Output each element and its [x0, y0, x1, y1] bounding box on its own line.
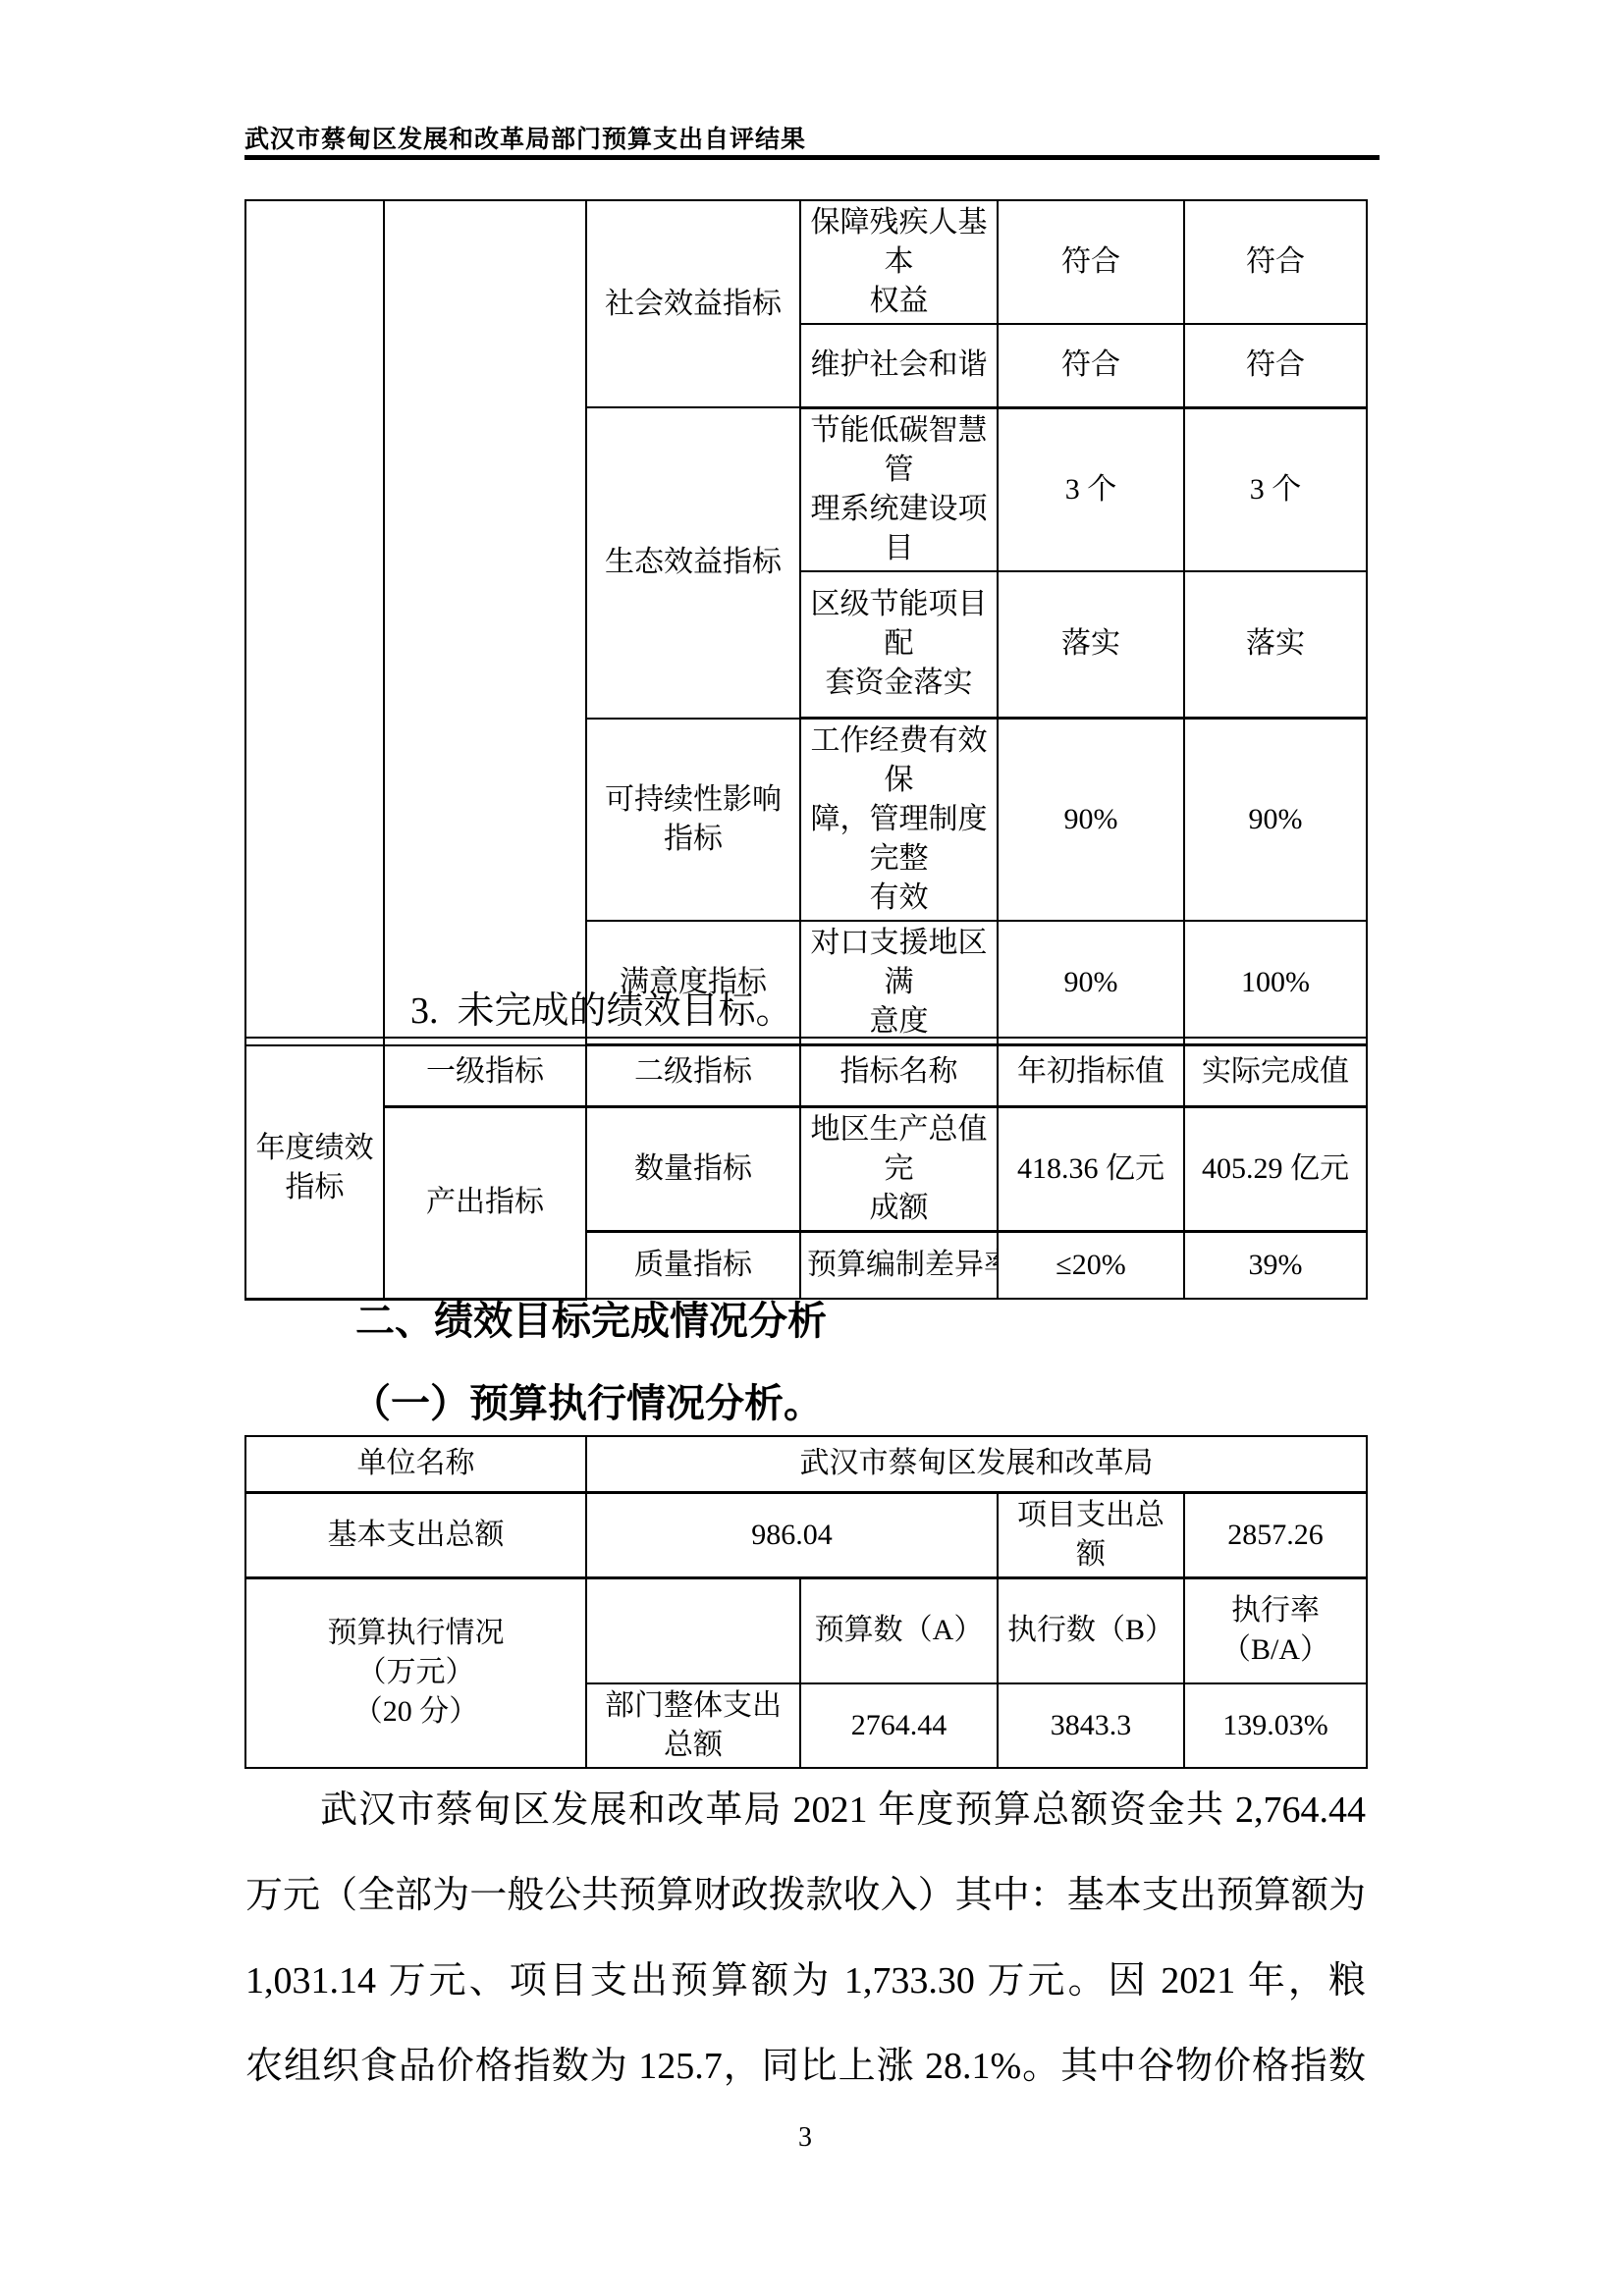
- column-header-level1: 一级指标: [384, 1038, 586, 1106]
- column-header-budget: 预算数（A）: [800, 1577, 998, 1683]
- initial-value-cell: ≤20%: [998, 1231, 1184, 1299]
- actual-value-cell: 90%: [1184, 719, 1367, 922]
- target-value-cell: 符合: [998, 200, 1184, 324]
- unit-name-label-cell: 单位名称: [245, 1436, 586, 1492]
- paragraph-line: 万元（全部为一般公共预算财政拨款收入）其中：基本支出预算额为: [245, 1853, 1366, 1939]
- column-header-initial: 年初指标值: [998, 1038, 1184, 1106]
- subsection-heading-budget-execution: （一）预算执行情况分析。: [352, 1372, 823, 1428]
- actual-value-cell: 符合: [1184, 200, 1367, 324]
- indicator-name-cell: 节能低碳智慧管 理系统建设项目: [800, 407, 998, 571]
- subsection-heading-unfinished-goals: 3. 未完成的绩效目标。: [410, 980, 793, 1034]
- column-header-actual: 实际完成值: [1184, 1038, 1367, 1106]
- department-total-label-cell: 部门整体支出 总额: [586, 1683, 800, 1768]
- budget-execution-table: 单位名称 武汉市蔡甸区发展和改革局 基本支出总额 986.04 项目支出总 额 …: [244, 1435, 1368, 1769]
- indicator-name-cell: 区级节能项目配 套资金落实: [800, 571, 998, 719]
- unfinished-goals-table: 年度绩效 指标 一级指标 二级指标 指标名称 年初指标值 实际完成值 产出指标 …: [244, 1037, 1368, 1301]
- budget-execution-label-cell: 预算执行情况 （万元） （20 分）: [245, 1577, 586, 1768]
- paragraph-line: 1,031.14 万元、项目支出预算额为 1,733.30 万元。因 2021 …: [245, 1939, 1366, 2024]
- indicator-name-cell: 对口支援地区满 意度: [800, 921, 998, 1045]
- header-rule: [244, 155, 1380, 160]
- target-value-cell: 3 个: [998, 407, 1184, 571]
- indicator-name-cell: 保障残疾人基本 权益: [800, 200, 998, 324]
- level2-indicator-cell: 质量指标: [586, 1231, 800, 1299]
- level2-indicator-cell: 数量指标: [586, 1106, 800, 1231]
- empty-cell: [245, 200, 384, 1045]
- column-header-rate: 执行率 （B/A）: [1184, 1577, 1367, 1683]
- document-page: 武汉市蔡甸区发展和改革局部门预算支出自评结果 社会效益指标 保障残疾人基本 权益…: [0, 0, 1624, 2296]
- target-value-cell: 落实: [998, 571, 1184, 719]
- column-header-name: 指标名称: [800, 1038, 998, 1106]
- level1-indicator-cell: 产出指标: [384, 1106, 586, 1299]
- category-cell: 生态效益指标: [586, 407, 800, 719]
- annual-indicator-label-cell: 年度绩效 指标: [245, 1038, 384, 1299]
- category-cell: 可持续性影响 指标: [586, 719, 800, 922]
- basic-expenditure-label-cell: 基本支出总额: [245, 1492, 586, 1577]
- actual-value-cell: 落实: [1184, 571, 1367, 719]
- actual-value-cell: 39%: [1184, 1231, 1367, 1299]
- page-header-title: 武汉市蔡甸区发展和改革局部门预算支出自评结果: [244, 120, 806, 155]
- target-value-cell: 90%: [998, 921, 1184, 1045]
- initial-value-cell: 418.36 亿元: [998, 1106, 1184, 1231]
- basic-expenditure-value-cell: 986.04: [586, 1492, 998, 1577]
- unit-name-value-cell: 武汉市蔡甸区发展和改革局: [586, 1436, 1367, 1492]
- actual-value-cell: 405.29 亿元: [1184, 1106, 1367, 1231]
- empty-cell: [586, 1577, 800, 1683]
- indicator-name-cell: 地区生产总值完 成额: [800, 1106, 998, 1231]
- actual-value-cell: 100%: [1184, 921, 1367, 1045]
- empty-cell: [384, 200, 586, 1045]
- target-value-cell: 符合: [998, 324, 1184, 407]
- page-number: 3: [244, 2122, 1366, 2154]
- body-paragraph: 武汉市蔡甸区发展和改革局 2021 年度预算总额资金共 2,764.44 万元（…: [245, 1768, 1366, 2109]
- target-value-cell: 90%: [998, 719, 1184, 922]
- category-cell: 社会效益指标: [586, 200, 800, 407]
- actual-value-cell: 3 个: [1184, 407, 1367, 571]
- actual-value-cell: 符合: [1184, 324, 1367, 407]
- execution-rate-cell: 139.03%: [1184, 1683, 1367, 1768]
- project-expenditure-value-cell: 2857.26: [1184, 1492, 1367, 1577]
- performance-indicator-table: 社会效益指标 保障残疾人基本 权益 符合 符合 维护社会和谐 符合 符合 生态效…: [244, 199, 1368, 1046]
- indicator-name-cell: 工作经费有效保 障，管理制度完整 有效: [800, 719, 998, 922]
- indicator-name-cell: 预算编制差异率: [800, 1231, 998, 1299]
- paragraph-line: 武汉市蔡甸区发展和改革局 2021 年度预算总额资金共 2,764.44: [245, 1768, 1366, 1853]
- column-header-executed: 执行数（B）: [998, 1577, 1184, 1683]
- project-expenditure-label-cell: 项目支出总 额: [998, 1492, 1184, 1577]
- paragraph-line: 农组织食品价格指数为 125.7，同比上涨 28.1%。其中谷物价格指数: [245, 2024, 1366, 2109]
- column-header-level2: 二级指标: [586, 1038, 800, 1106]
- indicator-name-cell: 维护社会和谐: [800, 324, 998, 407]
- budget-amount-cell: 2764.44: [800, 1683, 998, 1768]
- section-heading-analysis: 二、绩效目标完成情况分析: [355, 1290, 827, 1346]
- executed-amount-cell: 3843.3: [998, 1683, 1184, 1768]
